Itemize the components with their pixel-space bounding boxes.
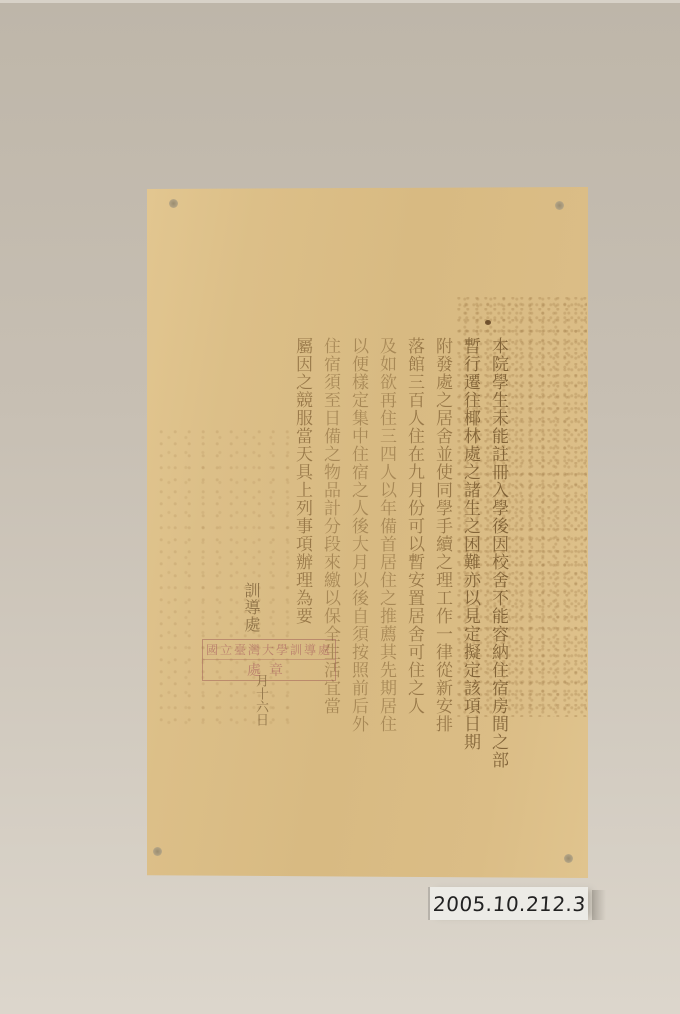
mount-corner-bottom-left xyxy=(153,847,162,856)
text-column: 以便樣定集中住宿之人後大月以後自須按照前后外 xyxy=(347,337,369,747)
text-column: 本院學生未能註冊入學後因校舍不能容納住宿房間之部 xyxy=(487,337,509,747)
document-date: 月十六日 xyxy=(251,674,270,726)
signature: 訓導處 xyxy=(240,582,263,633)
mounting-board: 本院學生未能註冊入學後因校舍不能容納住宿房間之部 暫行遷往椰林處之諸生之困難亦以… xyxy=(0,0,680,1014)
mount-corner-top-right xyxy=(555,201,564,210)
catalog-number: 2005.10.212.3 xyxy=(432,892,587,916)
text-column: 住宿須至日備之物品計分段來繳以保全生活宜當 xyxy=(319,337,341,747)
document-paper: 本院學生未能註冊入學後因校舍不能容納住宿房間之部 暫行遷往椰林處之諸生之困難亦以… xyxy=(147,187,588,878)
mount-corner-top-left xyxy=(169,199,178,208)
ink-blot xyxy=(485,320,491,325)
text-column: 屬因之競服當天具上列事項辦理為要 xyxy=(291,337,313,747)
text-column: 附發處之居舍並使同學手續之理工作一律從新安排 xyxy=(431,337,453,747)
label-shadow xyxy=(592,890,606,920)
board-top-edge xyxy=(0,0,680,3)
text-column: 暫行遷往椰林處之諸生之困難亦以見定擬定該項日期 xyxy=(459,337,481,747)
catalog-number-label: 2005.10.212.3 xyxy=(428,887,588,920)
mount-corner-bottom-right xyxy=(564,854,573,863)
text-column: 落館三百人住在九月份可以暫安置居舍可住之人 xyxy=(403,337,425,747)
seal-top-row: 國立臺灣大學訓導處 xyxy=(203,640,335,660)
text-column: 及如欲再住三四人以年備首居住之推薦其先期居住 xyxy=(375,337,397,747)
handwritten-text: 本院學生未能註冊入學後因校舍不能容納住宿房間之部 暫行遷往椰林處之諸生之困難亦以… xyxy=(269,337,509,747)
